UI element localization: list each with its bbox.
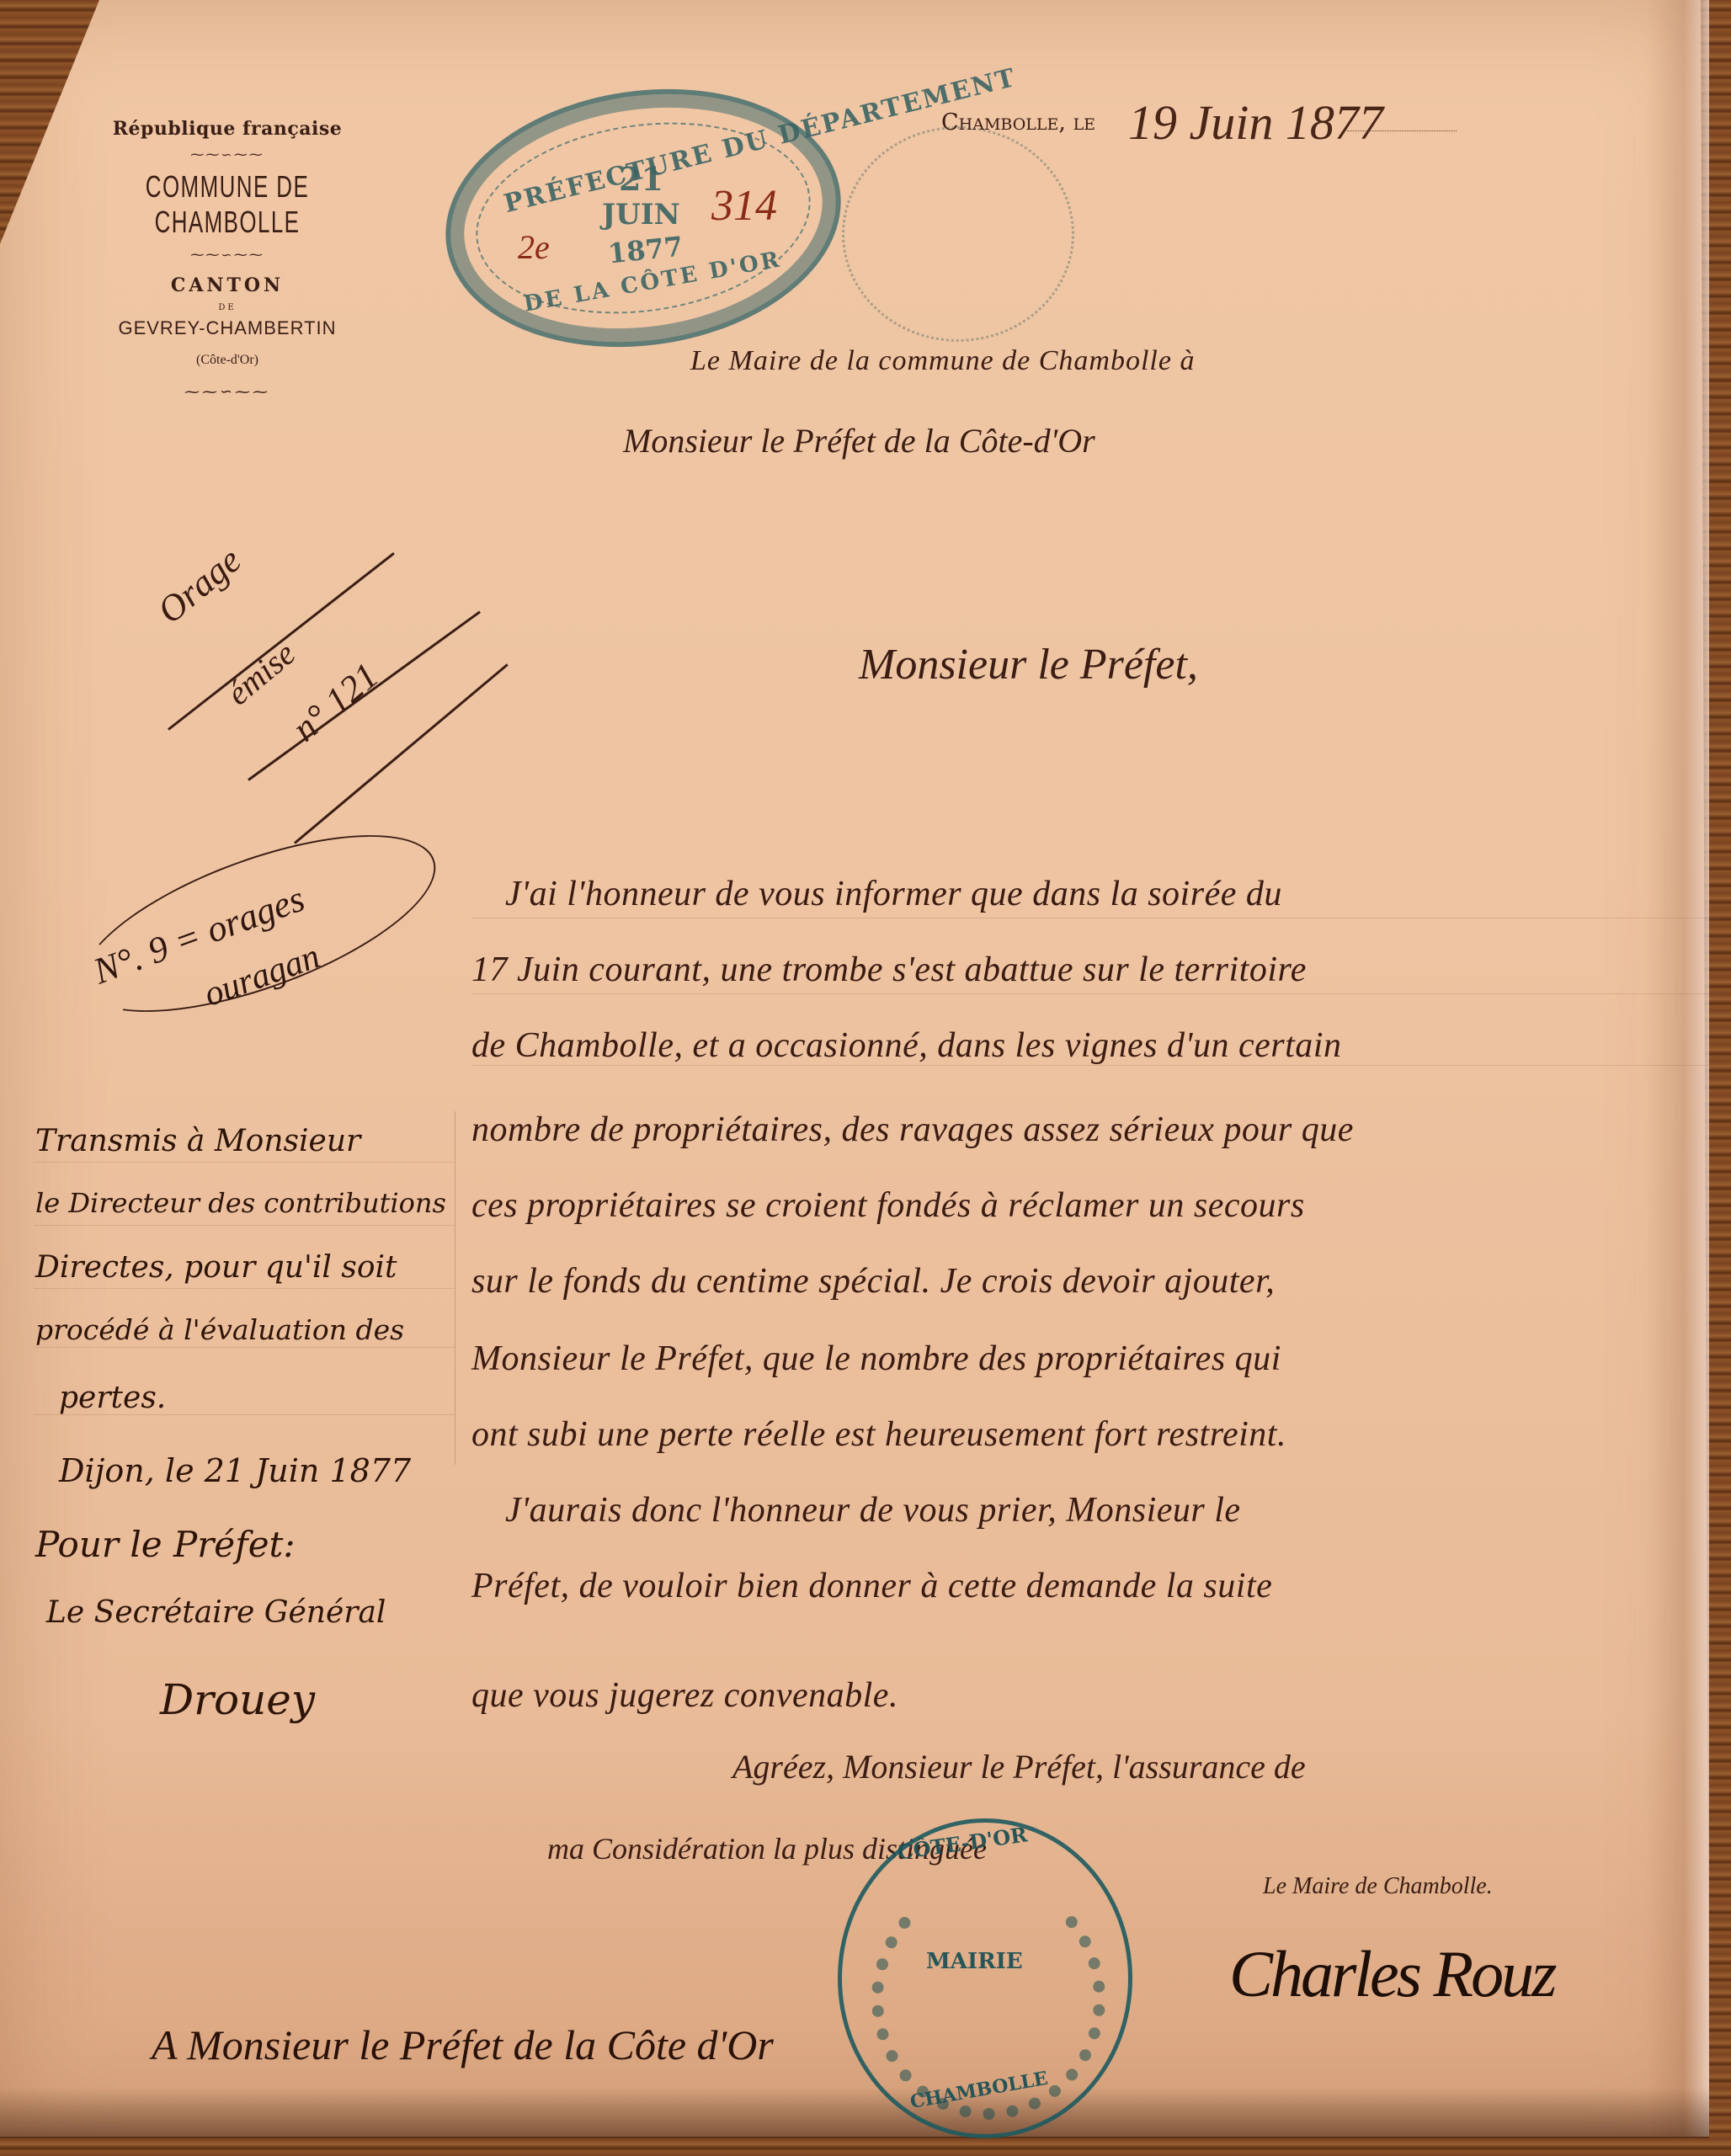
ornament-divider: ⁓⁓∽⁓⁓ — [34, 247, 421, 263]
ruled-line — [34, 1288, 455, 1289]
body-line: de Chambolle, et a occasionné, dans les … — [471, 1025, 1341, 1066]
mayor-title: Le Maire de Chambolle. — [1263, 1873, 1493, 1900]
date-dotted-rule — [1347, 130, 1457, 131]
margin-secretary-title: Le Secrétaire Général — [46, 1595, 386, 1630]
ornament-divider: ⁓⁓∽⁓⁓ — [34, 146, 421, 162]
body-line: Préfet, de vouloir bien donner à cette d… — [471, 1566, 1272, 1606]
ornament-divider: ⁓⁓∽⁓⁓ — [34, 383, 421, 401]
stamp-day: 21 — [619, 160, 663, 198]
transmittal-line: Directes, pour qu'il soit — [35, 1250, 397, 1285]
letterhead-canton: CANTON — [34, 274, 421, 296]
body-line: J'aurais donc l'honneur de vous prier, M… — [505, 1490, 1241, 1530]
letterhead-department: (Côte-d'Or) — [34, 353, 421, 368]
salutation: Monsieur le Préfet, — [859, 640, 1198, 689]
recipient-line: Monsieur le Préfet de la Côte-d'Or — [623, 421, 1095, 460]
body-line: que vous jugerez convenable. — [471, 1675, 898, 1716]
mairie-stamp-center: MAIRIE — [926, 1949, 1023, 1974]
body-line: ont subi une perte réelle est heureuseme… — [471, 1414, 1286, 1455]
transmittal-line: Transmis à Monsieur — [35, 1124, 360, 1158]
letterhead: République française ⁓⁓∽⁓⁓ COMMUNE DE CH… — [34, 118, 421, 401]
mayor-signature: Charles Rouz — [1229, 1936, 1555, 2012]
body-line: sur le fonds du centime spécial. Je croi… — [471, 1261, 1275, 1302]
transmittal-line: pertes. — [59, 1381, 166, 1415]
letterhead-de: DE — [34, 303, 421, 312]
ruled-line — [471, 918, 1718, 918]
secretary-signature: Drouey — [160, 1675, 315, 1724]
body-line: Monsieur le Préfet, que le nombre des pr… — [471, 1339, 1281, 1379]
date-handwritten: 19 Juin 1877 — [1128, 94, 1383, 151]
faint-ghost-stamp — [842, 126, 1074, 342]
ruled-line — [34, 1347, 455, 1348]
transmittal-line: le Directeur des contributions — [35, 1187, 446, 1219]
ruled-line — [34, 1225, 455, 1226]
closing-line1: Agréez, Monsieur le Préfet, l'assurance … — [732, 1747, 1306, 1786]
letterhead-republic: République française — [34, 118, 421, 140]
stamp-red-annotation: 2e — [518, 227, 550, 267]
stamp-month: JUIN — [602, 198, 680, 232]
paper-right-edge — [1646, 0, 1709, 2137]
transmittal-line: procédé à l'évaluation des — [35, 1313, 404, 1346]
letterhead-commune: COMMUNE DE CHAMBOLLE — [88, 169, 366, 240]
sender-line: Le Maire de la commune de Chambolle à — [690, 345, 1195, 377]
margin-dated: Dijon, le 21 Juin 1877 — [59, 1452, 411, 1489]
margin-rule — [455, 1111, 455, 1465]
place-printed: Chambolle, le — [941, 109, 1095, 136]
margin-for-prefect: Pour le Préfet: — [35, 1524, 296, 1565]
ruled-line — [34, 1162, 455, 1163]
ruled-line — [471, 993, 1718, 994]
body-line: 17 Juin courant, une trombe s'est abattu… — [471, 950, 1307, 990]
letterhead-canton-name: GEVREY-CHAMBERTIN — [34, 317, 421, 339]
body-line: ces propriétaires se croient fondés à ré… — [471, 1185, 1305, 1226]
paper-bottom-shadow — [0, 2088, 1709, 2138]
body-line: J'ai l'honneur de vous informer que dans… — [505, 874, 1282, 914]
body-line: nombre de propriétaires, des ravages ass… — [471, 1110, 1354, 1150]
stamp-red-number: 314 — [711, 181, 777, 231]
footer-address: A Monsieur le Préfet de la Côte d'Or — [152, 2020, 774, 2069]
